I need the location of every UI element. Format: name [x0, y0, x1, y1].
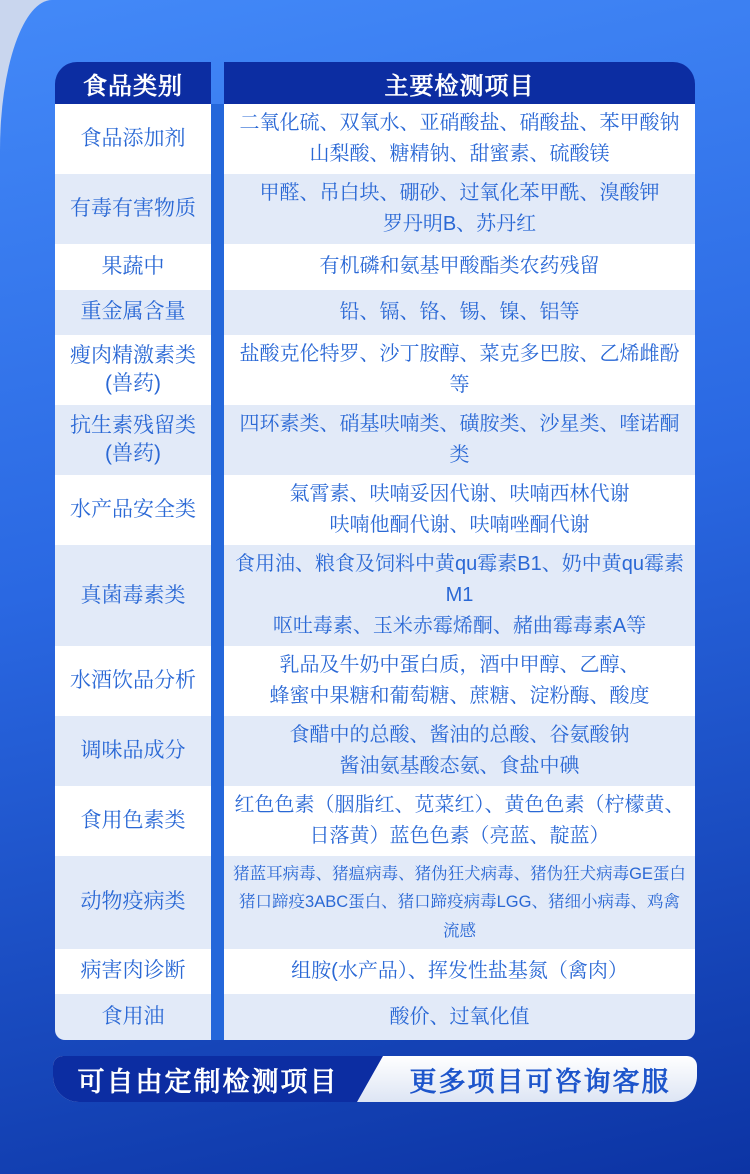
header-cell-items: 主要检测项目: [224, 62, 695, 104]
column-divider: [211, 545, 224, 646]
category-cell: 水产品安全类: [55, 475, 211, 545]
category-cell: 有毒有害物质: [55, 174, 211, 244]
table-row: 食用色素类 红色色素（胭脂红、苋菜红）、黄色色素（柠檬黄、 日落黄）蓝色色素（亮…: [55, 786, 695, 856]
column-divider: [211, 104, 224, 174]
table-row: 重金属含量 铅、镉、铬、锡、镍、铝等: [55, 290, 695, 336]
table-row: 抗生素残留类 (兽药) 四环素类、硝基呋喃类、磺胺类、沙星类、喹诺酮类: [55, 405, 695, 475]
column-divider: [211, 475, 224, 545]
category-cell: 食用色素类: [55, 786, 211, 856]
items-cell: 甲醛、吊白块、硼砂、过氧化苯甲酰、溴酸钾 罗丹明B、苏丹红: [224, 174, 695, 244]
column-divider: [211, 174, 224, 244]
category-cell: 真菌毒素类: [55, 545, 211, 646]
items-cell: 食醋中的总酸、酱油的总酸、谷氨酸钠 酱油氨基酸态氨、食盐中碘: [224, 716, 695, 786]
contact-customer-service-button[interactable]: 更多项目可咨询客服: [383, 1056, 697, 1102]
footer-banner: 可自由定制检测项目 更多项目可咨询客服: [53, 1056, 697, 1102]
column-divider: [211, 646, 224, 716]
table-row: 食品添加剂 二氧化硫、双氧水、亚硝酸盐、硝酸盐、苯甲酸钠 山梨酸、糖精钠、甜蜜素…: [55, 104, 695, 174]
category-cell: 果蔬中: [55, 244, 211, 290]
column-divider: [211, 856, 224, 948]
items-cell: 四环素类、硝基呋喃类、磺胺类、沙星类、喹诺酮类: [224, 405, 695, 475]
header-column-divider: [211, 62, 224, 104]
table-row: 水产品安全类 氣霄素、呋喃妥因代谢、呋喃西林代谢 呋喃他酮代谢、呋喃唑酮代谢: [55, 475, 695, 545]
items-cell: 盐酸克伦特罗、沙丁胺醇、菜克多巴胺、乙烯雌酚等: [224, 335, 695, 405]
category-cell: 水酒饮品分析: [55, 646, 211, 716]
category-cell: 重金属含量: [55, 290, 211, 336]
category-cell: 调味品成分: [55, 716, 211, 786]
category-cell: 食用油: [55, 994, 211, 1040]
category-cell: 瘦肉精激素类 (兽药): [55, 335, 211, 405]
column-divider: [211, 335, 224, 405]
column-divider: [211, 244, 224, 290]
column-divider: [211, 290, 224, 336]
items-cell: 食用油、粮食及饲料中黄qu霉素B1、奶中黄qu霉素M1 呕吐毒素、玉米赤霉烯酮、…: [224, 545, 695, 646]
column-divider: [211, 994, 224, 1040]
items-cell: 氣霄素、呋喃妥因代谢、呋喃西林代谢 呋喃他酮代谢、呋喃唑酮代谢: [224, 475, 695, 545]
table-row: 调味品成分 食醋中的总酸、酱油的总酸、谷氨酸钠 酱油氨基酸态氨、食盐中碘: [55, 716, 695, 786]
blue-gradient-panel: 食品类别 主要检测项目 食品添加剂 二氧化硫、双氧水、亚硝酸盐、硝酸盐、苯甲酸钠…: [0, 0, 750, 1174]
table-row: 动物疫病类 猪蓝耳病毒、猪瘟病毒、猪伪狂犬病毒、猪伪狂犬病毒GE蛋白 猪口蹄疫3…: [55, 856, 695, 948]
table-row: 水酒饮品分析 乳品及牛奶中蛋白质，酒中甲醇、乙醇、 蜂蜜中果糖和葡萄糖、蔗糖、淀…: [55, 646, 695, 716]
items-cell: 猪蓝耳病毒、猪瘟病毒、猪伪狂犬病毒、猪伪狂犬病毒GE蛋白 猪口蹄疫3ABC蛋白、…: [224, 856, 695, 948]
detection-items-table: 食品类别 主要检测项目 食品添加剂 二氧化硫、双氧水、亚硝酸盐、硝酸盐、苯甲酸钠…: [55, 62, 695, 1040]
column-divider: [211, 716, 224, 786]
category-cell: 抗生素残留类 (兽药): [55, 405, 211, 475]
items-cell: 铅、镉、铬、锡、镍、铝等: [224, 290, 695, 336]
column-divider: [211, 786, 224, 856]
table-row: 有毒有害物质 甲醛、吊白块、硼砂、过氧化苯甲酰、溴酸钾 罗丹明B、苏丹红: [55, 174, 695, 244]
category-cell: 食品添加剂: [55, 104, 211, 174]
items-cell: 酸价、过氧化值: [224, 994, 695, 1040]
column-divider: [211, 949, 224, 995]
items-cell: 红色色素（胭脂红、苋菜红）、黄色色素（柠檬黄、 日落黄）蓝色色素（亮蓝、靛蓝）: [224, 786, 695, 856]
items-cell: 二氧化硫、双氧水、亚硝酸盐、硝酸盐、苯甲酸钠 山梨酸、糖精钠、甜蜜素、硫酸镁: [224, 104, 695, 174]
table-row: 食用油 酸价、过氧化值: [55, 994, 695, 1040]
column-divider: [211, 405, 224, 475]
table-row: 病害肉诊断 组胺(水产品）、挥发性盐基氮（禽肉）: [55, 949, 695, 995]
customizable-items-label: 可自由定制检测项目: [53, 1056, 383, 1102]
category-cell: 动物疫病类: [55, 856, 211, 948]
table-row: 果蔬中 有机磷和氨基甲酸酯类农药残留: [55, 244, 695, 290]
table-row: 瘦肉精激素类 (兽药) 盐酸克伦特罗、沙丁胺醇、菜克多巴胺、乙烯雌酚等: [55, 335, 695, 405]
table-header-row: 食品类别 主要检测项目: [55, 62, 695, 104]
category-cell: 病害肉诊断: [55, 949, 211, 995]
header-cell-category: 食品类别: [55, 62, 211, 104]
items-cell: 组胺(水产品）、挥发性盐基氮（禽肉）: [224, 949, 695, 995]
items-cell: 有机磷和氨基甲酸酯类农药残留: [224, 244, 695, 290]
items-cell: 乳品及牛奶中蛋白质，酒中甲醇、乙醇、 蜂蜜中果糖和葡萄糖、蔗糖、淀粉酶、酸度: [224, 646, 695, 716]
table-body: 食品添加剂 二氧化硫、双氧水、亚硝酸盐、硝酸盐、苯甲酸钠 山梨酸、糖精钠、甜蜜素…: [55, 104, 695, 1040]
table-row: 真菌毒素类 食用油、粮食及饲料中黄qu霉素B1、奶中黄qu霉素M1 呕吐毒素、玉…: [55, 545, 695, 646]
